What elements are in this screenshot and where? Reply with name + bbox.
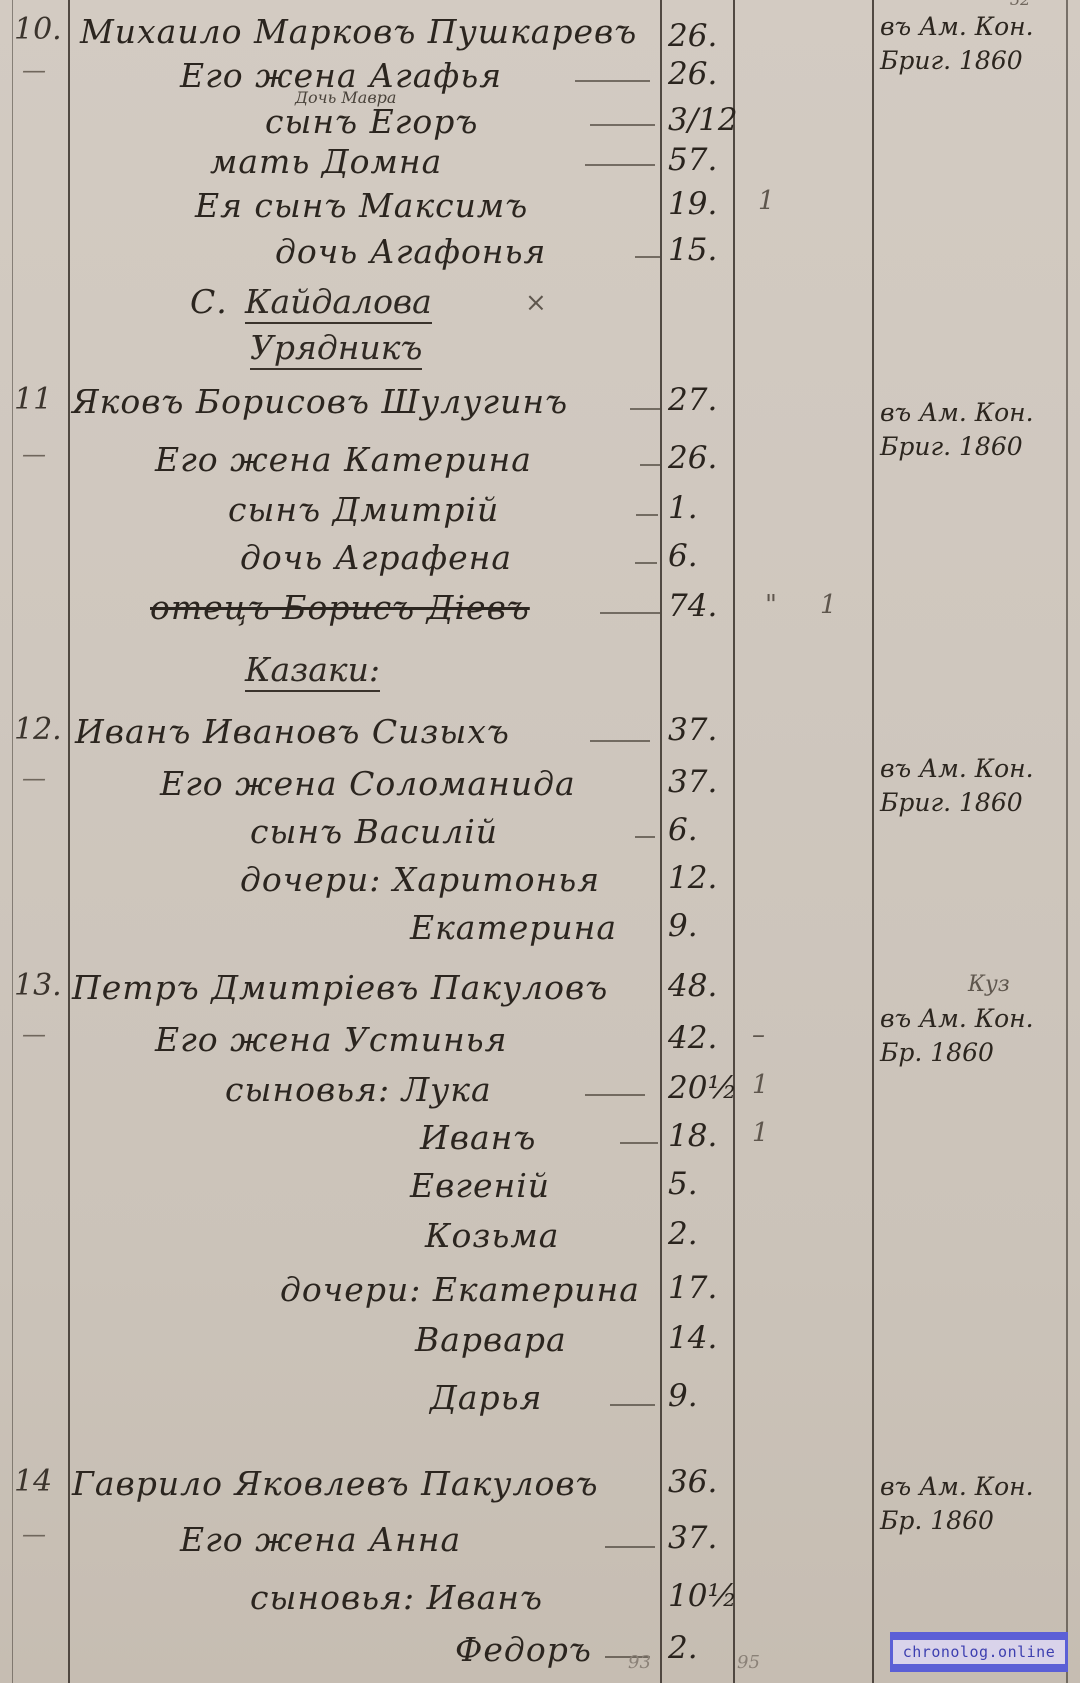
- member-row: сынъ Василій 6.: [0, 812, 1080, 862]
- member-row: — Его жена Соломанида 37.: [0, 764, 1080, 814]
- village-heading-row: С. Кайдалова ×: [0, 282, 1080, 332]
- dash-leader: [600, 612, 660, 614]
- member-age: 15.: [668, 232, 728, 268]
- member-name: дочери: Харитонья: [240, 860, 600, 899]
- member-name: Варвара: [415, 1320, 567, 1359]
- member-row: сыновья: Лука 20½ 1: [0, 1070, 1080, 1120]
- dash-mark: –: [752, 1020, 765, 1050]
- member-row: сынъ Дмитрій 1.: [0, 490, 1080, 540]
- member-name: Иванъ: [420, 1118, 536, 1157]
- member-age: 1.: [668, 490, 728, 526]
- member-age: 19.: [668, 186, 728, 222]
- member-row-struck: отецъ Борисъ Діевъ 74. " 1: [0, 588, 1080, 638]
- tick-mark: —: [22, 1020, 46, 1048]
- class-heading: Казаки:: [245, 650, 380, 692]
- dash-leader: [635, 256, 660, 258]
- cross-mark: ×: [525, 288, 547, 318]
- class-heading-row: Казаки:: [0, 650, 1080, 700]
- tick-mark: —: [22, 764, 46, 792]
- dash-leader: [630, 408, 660, 410]
- member-age: 6.: [668, 812, 728, 848]
- member-age: 2.: [668, 1630, 728, 1666]
- household-number: 10.: [14, 12, 66, 47]
- member-age: 2.: [668, 1216, 728, 1252]
- member-name: Яковъ Борисовъ Шулугинъ: [72, 382, 568, 421]
- household-number: 13.: [14, 968, 66, 1003]
- member-row: дочери: Екатерина 17.: [0, 1270, 1080, 1320]
- tally-mark: 1: [820, 590, 837, 620]
- member-name: Его жена Соломанида: [160, 764, 576, 803]
- household-number: 14: [14, 1464, 66, 1499]
- member-age: 27.: [668, 382, 728, 418]
- member-row: Козьма 2.: [0, 1216, 1080, 1266]
- member-age: 36.: [668, 1464, 728, 1500]
- tick-mark: —: [22, 440, 46, 468]
- dash-leader: [585, 1094, 645, 1096]
- member-name: сыновья: Лука: [225, 1070, 492, 1109]
- member-name: Иванъ Ивановъ Сизыхъ: [75, 712, 510, 751]
- member-name: Козьма: [425, 1216, 559, 1255]
- member-row: — Его жена Агафья 26.: [0, 56, 1080, 106]
- member-row: Иванъ 18. 1: [0, 1118, 1080, 1168]
- member-age: 12.: [668, 860, 728, 896]
- member-name: Михаило Марковъ Пушкаревъ: [80, 12, 637, 51]
- member-row: сыновья: Иванъ 10½: [0, 1578, 1080, 1628]
- member-name: дочь Аграфена: [240, 538, 512, 577]
- tick-mark: —: [22, 56, 46, 84]
- member-age: 26.: [668, 56, 728, 92]
- ditto-mark: ": [765, 590, 777, 620]
- member-name: Его жена Анна: [180, 1520, 461, 1559]
- member-row: дочь Аграфена 6.: [0, 538, 1080, 588]
- member-age: 42.: [668, 1020, 728, 1056]
- member-name: сыновья: Иванъ: [250, 1578, 543, 1617]
- page-total-right: 95: [737, 1652, 760, 1673]
- member-name: Екатерина: [410, 908, 617, 947]
- member-name: Федоръ: [455, 1630, 592, 1669]
- member-row: Екатерина 9.: [0, 908, 1080, 958]
- member-age: 26.: [668, 440, 728, 476]
- member-age: 6.: [668, 538, 728, 574]
- dash-leader: [575, 80, 650, 82]
- member-name: дочь Агафонья: [275, 232, 546, 271]
- member-age: 48.: [668, 968, 728, 1004]
- document-page: 10. Михаило Марковъ Пушкаревъ 26. въ Ам.…: [0, 0, 1080, 1683]
- member-age: 17.: [668, 1270, 728, 1306]
- tally-mark: 1: [752, 1118, 769, 1148]
- member-row: Варвара 14.: [0, 1320, 1080, 1370]
- note-above: Куз: [968, 972, 1010, 997]
- corner-mark: 32: [1010, 0, 1030, 9]
- dash-leader: [636, 514, 658, 516]
- member-age: 37.: [668, 712, 728, 748]
- member-row: дочь Агафонья 15.: [0, 232, 1080, 282]
- member-name: дочери: Екатерина: [280, 1270, 640, 1309]
- member-age: 37.: [668, 764, 728, 800]
- member-age: 57.: [668, 142, 728, 178]
- household-number: 11: [14, 382, 66, 417]
- member-name: сынъ Василій: [250, 812, 498, 851]
- village-name: Кайдалова: [245, 282, 432, 324]
- dash-leader: [590, 740, 650, 742]
- village-prefix: С.: [190, 282, 228, 321]
- dash-leader: [610, 1404, 655, 1406]
- member-row: мать Домна 57.: [0, 142, 1080, 192]
- member-name: сынъ Егоръ: [265, 102, 478, 141]
- member-name: Его жена Устинья: [155, 1020, 508, 1059]
- member-row: Дарья 9.: [0, 1378, 1080, 1428]
- tick-mark: —: [22, 1520, 46, 1548]
- page-total-left: 93: [628, 1652, 651, 1673]
- member-age: 3/12: [668, 102, 728, 138]
- member-age: 5.: [668, 1166, 728, 1202]
- member-name: Петръ Дмитріевъ Пакуловъ: [72, 968, 608, 1007]
- member-age: 10½: [668, 1578, 728, 1614]
- member-name: Евгеній: [410, 1166, 550, 1205]
- dash-leader: [635, 562, 657, 564]
- member-age: 18.: [668, 1118, 728, 1154]
- watermark-text: chronolog.online: [893, 1640, 1066, 1664]
- dash-leader: [635, 836, 655, 838]
- member-row: дочери: Харитонья 12.: [0, 860, 1080, 910]
- member-age: 37.: [668, 1520, 728, 1556]
- household-number: 12.: [14, 712, 66, 747]
- dash-leader: [640, 464, 660, 466]
- dash-leader: [585, 164, 655, 166]
- class-heading-row: Урядникъ: [0, 328, 1080, 378]
- member-row: Евгеній 5.: [0, 1166, 1080, 1216]
- member-age: 26.: [668, 18, 728, 54]
- member-name: Дарья: [430, 1378, 542, 1417]
- dash-leader: [605, 1546, 655, 1548]
- member-age: 9.: [668, 908, 728, 944]
- member-age: 14.: [668, 1320, 728, 1356]
- member-name: мать Домна: [210, 142, 442, 181]
- watermark-badge: chronolog.online: [890, 1632, 1068, 1672]
- member-name: Ея сынъ Максимъ: [195, 186, 528, 225]
- tally-mark: 1: [752, 1070, 769, 1100]
- member-row: — Его жена Устинья 42. –: [0, 1020, 1080, 1070]
- class-heading: Урядникъ: [250, 328, 422, 370]
- member-name: сынъ Дмитрій: [228, 490, 499, 529]
- dash-leader: [620, 1142, 658, 1144]
- member-age: 74.: [668, 588, 728, 624]
- member-row: Ея сынъ Максимъ 19. 1: [0, 186, 1080, 236]
- member-row: — Его жена Анна 37.: [0, 1520, 1080, 1570]
- member-name: Его жена Катерина: [155, 440, 532, 479]
- member-name: Гаврило Яковлевъ Пакуловъ: [72, 1464, 599, 1503]
- member-age: 9.: [668, 1378, 728, 1414]
- dash-leader: [590, 124, 655, 126]
- member-row: — Его жена Катерина 26.: [0, 440, 1080, 490]
- member-name: отецъ Борисъ Діевъ: [150, 588, 530, 627]
- member-age: 20½: [668, 1070, 728, 1106]
- tally-mark: 1: [758, 186, 775, 216]
